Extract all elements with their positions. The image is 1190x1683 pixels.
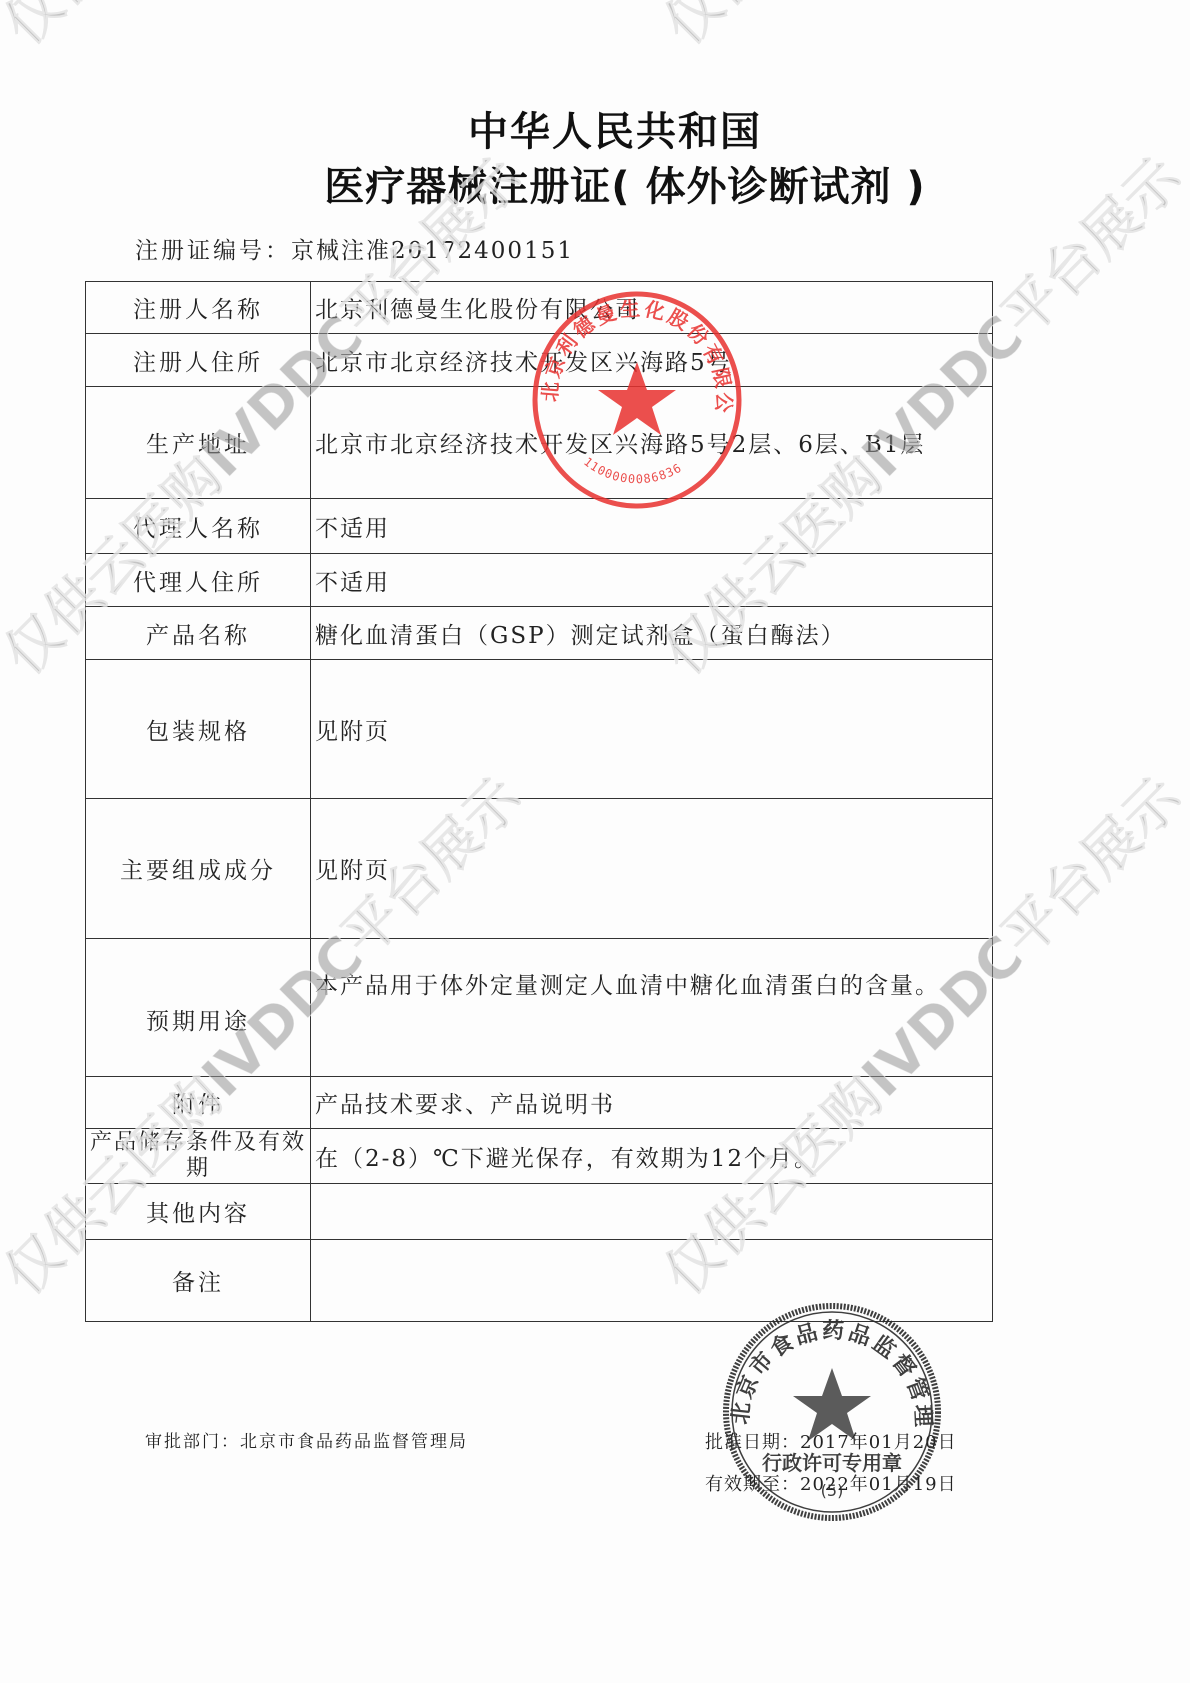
table-row-other-content: 其他内容 xyxy=(86,1184,993,1240)
row-label: 生产地址 xyxy=(86,387,311,499)
row-value: 北京市北京经济技术开发区兴海路5号2层、6层、B1层 xyxy=(311,387,993,499)
row-value: 不适用 xyxy=(311,554,993,607)
table-row-package-spec: 包装规格 见附页 xyxy=(86,660,993,799)
row-label: 代理人名称 xyxy=(86,499,311,554)
watermark-text: 仅供云医购IVDDC平台展示 xyxy=(0,0,537,60)
row-value: 产品技术要求、产品说明书 xyxy=(311,1077,993,1129)
watermark-text: 仅供云医购IVDDC平台展示 xyxy=(643,0,1190,60)
table-row-attachments: 附件 产品技术要求、产品说明书 xyxy=(86,1077,993,1129)
row-value: 北京市北京经济技术开发区兴海路5号 xyxy=(311,334,993,387)
row-value xyxy=(311,1184,993,1240)
table-row-main-components: 主要组成成分 见附页 xyxy=(86,799,993,939)
registration-number-value: 京械注准20172400151 xyxy=(291,238,574,264)
approval-department: 审批部门：北京市食品药品监督管理局 xyxy=(145,1427,468,1452)
approval-date: 批准日期：2017年01月20日 xyxy=(705,1428,957,1454)
row-value: 不适用 xyxy=(311,499,993,554)
row-value xyxy=(311,1240,993,1322)
row-label: 注册人住所 xyxy=(86,334,311,387)
document-title-certificate: 医疗器械注册证( 体外诊断试剂 ) xyxy=(0,155,1190,212)
row-value: 北京利德曼生化股份有限公司 xyxy=(311,282,993,334)
row-label: 附件 xyxy=(86,1077,311,1129)
table-row-production-address: 生产地址 北京市北京经济技术开发区兴海路5号2层、6层、B1层 xyxy=(86,387,993,499)
row-label: 主要组成成分 xyxy=(86,799,311,939)
document-title-country: 中华人民共和国 xyxy=(0,100,1190,157)
row-value: 见附页 xyxy=(311,660,993,799)
table-row-agent-name: 代理人名称 不适用 xyxy=(86,499,993,554)
row-label: 包装规格 xyxy=(86,660,311,799)
row-value: 见附页 xyxy=(311,799,993,939)
row-label: 其他内容 xyxy=(86,1184,311,1240)
table-row-product-name: 产品名称 糖化血清蛋白（GSP）测定试剂盒（蛋白酶法） xyxy=(86,607,993,660)
table-row-remarks: 备注 xyxy=(86,1240,993,1322)
table-row-registrant-name: 注册人名称 北京利德曼生化股份有限公司 xyxy=(86,282,993,334)
table-row-agent-address: 代理人住所 不适用 xyxy=(86,554,993,607)
table-row-registrant-address: 注册人住所 北京市北京经济技术开发区兴海路5号 xyxy=(86,334,993,387)
row-label: 注册人名称 xyxy=(86,282,311,334)
row-label: 产品名称 xyxy=(86,607,311,660)
registration-number-label: 注册证编号： xyxy=(135,238,291,264)
row-value: 糖化血清蛋白（GSP）测定试剂盒（蛋白酶法） xyxy=(311,607,993,660)
row-value: 在（2-8）℃下避光保存，有效期为12个月。 xyxy=(311,1129,993,1184)
registration-number: 注册证编号：京械注准20172400151 xyxy=(135,232,574,265)
row-label: 预期用途 xyxy=(86,939,311,1077)
table-row-intended-use: 预期用途 本产品用于体外定量测定人血清中糖化血清蛋白的含量。 xyxy=(86,939,993,1077)
valid-until-date: 有效期至：2022年01月19日 xyxy=(705,1470,957,1496)
table-row-storage-validity: 产品储存条件及有效期 在（2-8）℃下避光保存，有效期为12个月。 xyxy=(86,1129,993,1184)
row-label: 代理人住所 xyxy=(86,554,311,607)
certificate-table: 注册人名称 北京利德曼生化股份有限公司 注册人住所 北京市北京经济技术开发区兴海… xyxy=(85,281,993,1322)
row-label: 产品储存条件及有效期 xyxy=(86,1129,311,1184)
row-label: 备注 xyxy=(86,1240,311,1322)
row-value: 本产品用于体外定量测定人血清中糖化血清蛋白的含量。 xyxy=(311,939,993,1077)
